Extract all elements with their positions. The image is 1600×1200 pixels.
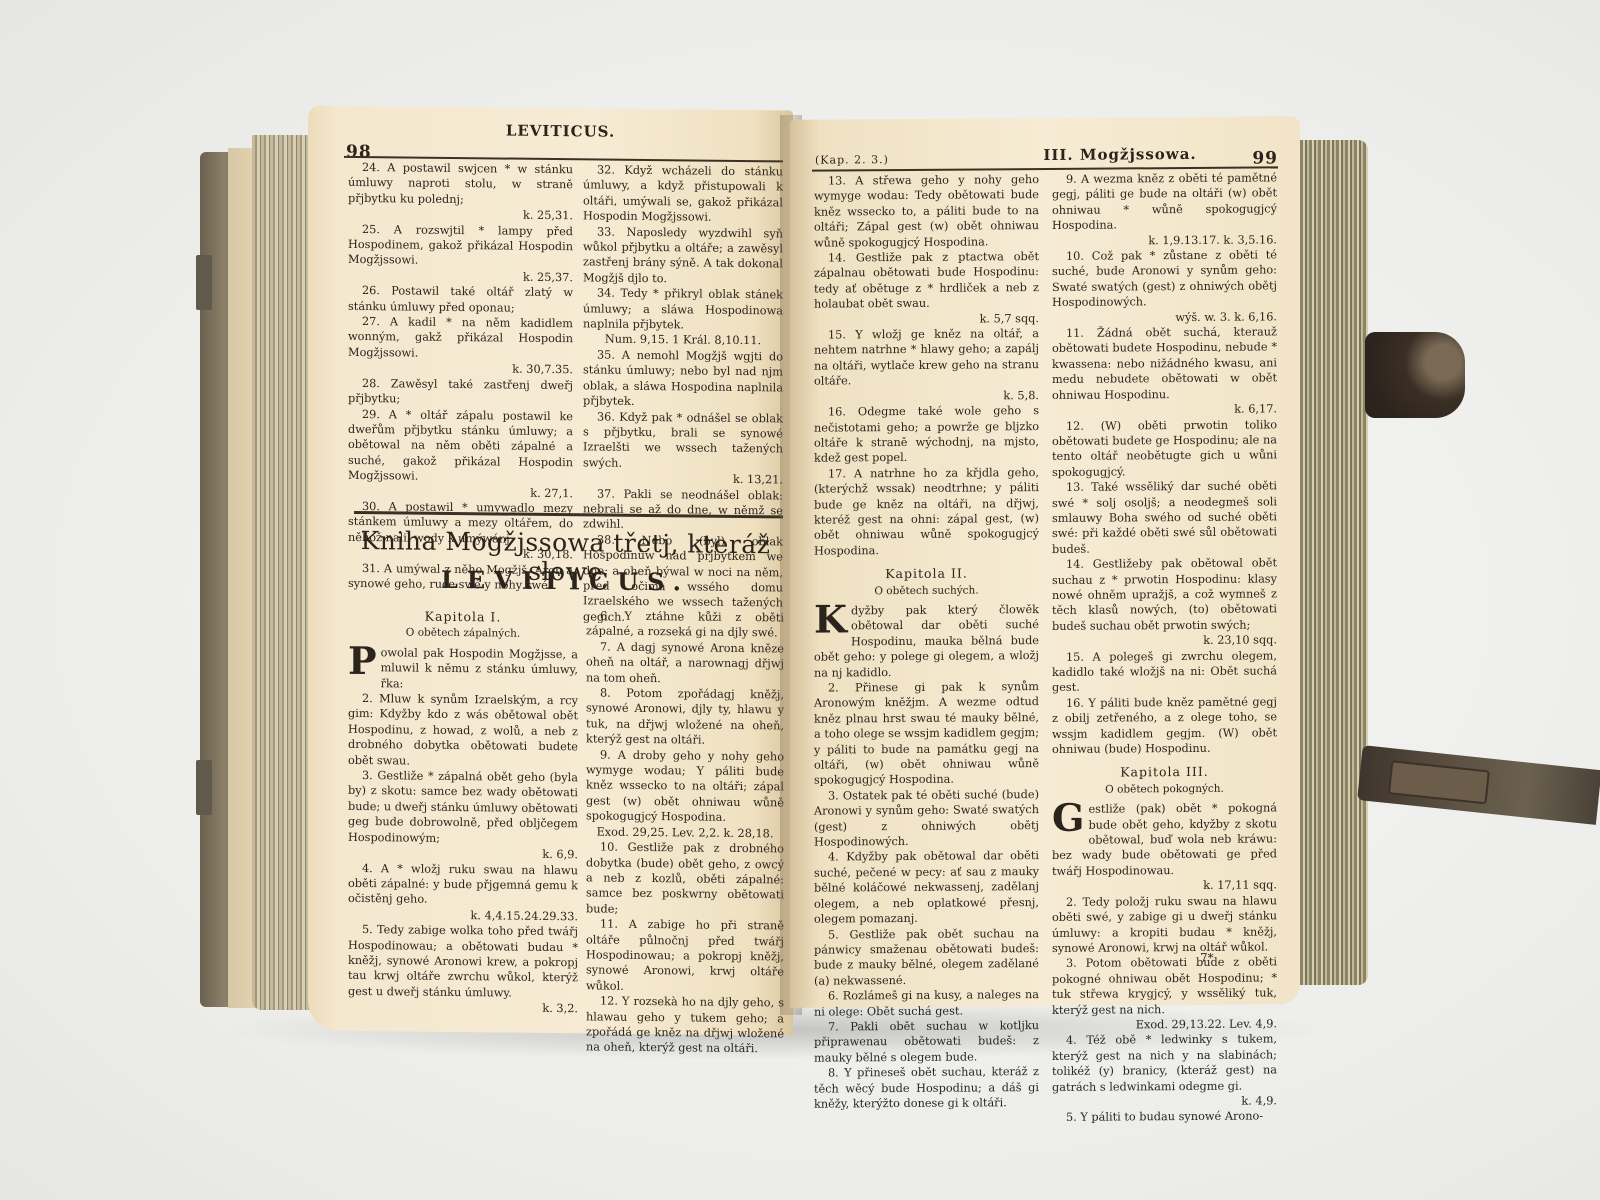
verse: 12. (W) oběti prwotin toliko obětowati b… — [1052, 417, 1277, 480]
drop-cap: G — [1052, 802, 1084, 834]
verse: 3. Potom obětowati bude z oběti pokogné … — [1052, 955, 1277, 1018]
verse: 10. Což pak * zůstane z oběti té suché, … — [1052, 247, 1277, 310]
verse: 5. Y páliti to budau synowé Arono- — [1052, 1109, 1277, 1126]
verse: 26. Postawil také oltář zlatý w stánku ú… — [348, 283, 573, 316]
verse: 27. A kadil * na něm kadidlem wonným, ga… — [348, 314, 573, 363]
verse: estliže (pak) obět * pokogná bude obět g… — [1052, 802, 1277, 878]
signature-mark: 7* — [1200, 951, 1214, 965]
verse: 28. Zawěsyl také zastřenj dweřj přjbytku… — [348, 376, 573, 409]
verse: 4. A * wložj ruku swau na hlawu oběti zá… — [348, 860, 578, 909]
verse: 14. Gestližeby pak obětowal obět suchau … — [1052, 556, 1277, 635]
running-head-right: (Kap. 2. 3.) III. Mogžjssowa. 99 — [790, 130, 1300, 160]
chapter-heading: Kapitola III. — [1052, 764, 1277, 781]
verse: 13. Také wssěliký dar suché oběti swé * … — [1052, 479, 1277, 558]
verse: dyžby pak který člowěk obětowal dar obět… — [814, 603, 1039, 679]
cross-reference: k. 3,2. — [348, 999, 578, 1017]
verse: 17. A natrhne ho za křjdla geho, (kterýc… — [814, 465, 1039, 559]
verse: 2. Tedy položj ruku swau na hlawu oběti … — [1052, 893, 1277, 956]
drop-cap: P — [348, 645, 377, 677]
verse: 15. Y wložj ge kněz na oltář, a nehtem n… — [814, 326, 1039, 389]
verse: 11. A zabige ho při straně oltáře půlnoč… — [586, 916, 784, 995]
cross-reference: k. 5,7 sqq. — [814, 311, 1039, 328]
running-head-title: LEVITICUS. — [328, 120, 793, 143]
verse: 16. Odegme také wole geho s nečistotami … — [814, 403, 1039, 466]
verse: 8. Potom zpořádagj kněžj, synowé Aronowi… — [586, 685, 784, 749]
verse: owolal pak Hospodin Mogžjsse, a mluwil k… — [381, 646, 578, 690]
verse: 7. A dagj synowé Arona kněze oheň na olt… — [586, 639, 784, 687]
clasp-plate — [1388, 760, 1490, 804]
verse: 9. A droby geho y nohy geho wymyge wodau… — [586, 747, 784, 826]
chapter-heading: Kapitola II. — [814, 565, 1039, 582]
verse: 37. Pakli se neodnášel oblak: nebrali se… — [583, 486, 783, 534]
verse: 2. Mluw k synům Izraelským, a rcy gim: K… — [348, 691, 578, 770]
verse: 5. Tedy zabige wolka toho před twářj Hos… — [348, 922, 578, 1001]
chapter-subheading: O obětech zápalných. — [348, 625, 578, 643]
page-edges-right — [1300, 140, 1368, 985]
verse: 15. A polegeš gi zwrchu olegem, kadidlo … — [1052, 648, 1277, 696]
verse: 34. Tedy * přikryl oblak stánek úmluwy; … — [583, 286, 783, 334]
cross-reference: k. 23,10 sqq. — [1052, 633, 1277, 650]
verse: 13. A střewa geho y nohy geho wymyge wod… — [814, 172, 1039, 251]
verse: 11. Žádná obět suchá, kterauž obětowati … — [1052, 324, 1277, 403]
chapter-heading: Kapitola I. — [348, 608, 578, 626]
verse: 9. A wezma kněz z oběti té pamětné gegj,… — [1052, 170, 1277, 233]
verse: 35. A nemohl Mogžjš wgjti do stánku úmlu… — [583, 347, 783, 411]
verse: 4. Též obě * ledwinky s tukem, kterýž ge… — [1052, 1032, 1277, 1095]
drop-cap: K — [814, 603, 847, 635]
verse: 7. Pakli obět suchau w kotljku připrawen… — [814, 1018, 1039, 1066]
verse: 3. Gestliže * zápalná obět geho (byla by… — [348, 768, 578, 847]
cross-reference: Exod. 29,13.22. Lev. 4,9. — [1052, 1016, 1277, 1033]
right-page: (Kap. 2. 3.) III. Mogžjssowa. 99 13. A s… — [790, 116, 1300, 1008]
chapter-reference: (Kap. 2. 3.) — [815, 153, 889, 167]
column-left: 13. A střewa geho y nohy geho wymyge wod… — [814, 172, 1039, 1112]
verse: 5. Gestliže pak obět suchau na pánwicy s… — [814, 926, 1039, 989]
verse: 3. Ostatek pak té oběti suché (bude) Aro… — [814, 787, 1039, 850]
verse: 10. Gestliže pak z drobného dobytka (bud… — [586, 839, 784, 918]
cover-corner-tab — [196, 255, 212, 310]
cross-reference: k. 5,8. — [814, 388, 1039, 405]
chapter-subheading: O obětech pokogných. — [1052, 781, 1277, 798]
cover-corner-tab — [196, 760, 212, 815]
book-subtitle: LEVITICUS. — [348, 564, 783, 598]
verse: 36. Když pak * odnášel se oblak s přjbyt… — [583, 409, 783, 473]
cross-reference: k. 4,9. — [1052, 1093, 1277, 1110]
verse: 25. A rozswjtil * lampy před Hospodinem,… — [348, 222, 573, 271]
verse: 32. Když wcházeli do stánku úmluwy, a kd… — [583, 162, 783, 226]
verse: 6. Rozlámeš gi na kusy, a naleges na ni … — [814, 987, 1039, 1019]
chapter-subheading: O obětech suchých. — [814, 583, 1039, 600]
verse: 4. Kdyžby pak obětowal dar oběti suché, … — [814, 849, 1039, 928]
verse: 2. Přinese gi pak k synům Aronowým kněžj… — [814, 679, 1039, 788]
chapter1-column-right: 6. Y ztáhne kůži z oběti zápalné, a rozs… — [586, 608, 784, 1057]
cross-reference: wýš. w. 3. k. 6,16. — [1052, 309, 1277, 326]
cross-reference: k. 1,9.13.17. k. 3,5.16. — [1052, 232, 1277, 249]
column-right: 9. A wezma kněz z oběti té pamětné gegj,… — [1052, 170, 1277, 1125]
chapter1-column-left: Kapitola I. O obětech zápalných. Powolal… — [348, 606, 578, 1017]
running-head-title: III. Mogžjssowa. — [940, 144, 1300, 165]
verse: 16. Y páliti bude kněz pamětné gegj z ob… — [1052, 694, 1277, 757]
verse: 29. A * oltář zápalu postawil ke dweřům … — [348, 406, 573, 485]
cross-reference: k. 17,11 sqq. — [1052, 878, 1277, 895]
verse: 24. A postawil swjcen * w stánku úmluwy … — [348, 160, 573, 209]
verse: 33. Naposledy wyzdwihl syň wůkol přjbytk… — [583, 224, 783, 288]
verse: 6. Y ztáhne kůži z oběti zápalné, a rozs… — [586, 608, 784, 641]
clasp-top-icon — [1365, 332, 1465, 418]
cross-reference: k. 6,17. — [1052, 401, 1277, 418]
running-head-left: 98 LEVITICUS. — [308, 119, 793, 150]
left-page: 98 LEVITICUS. 24. A postawil swjcen * w … — [308, 105, 793, 1035]
verse: 12. Y rozsekà ho na djly geho, s hlawau … — [586, 994, 784, 1058]
verse: 8. Y přineseš obět suchau, kteráž z těch… — [814, 1064, 1039, 1112]
verse: 14. Gestliže pak z ptactwa obět zápalnau… — [814, 249, 1039, 312]
